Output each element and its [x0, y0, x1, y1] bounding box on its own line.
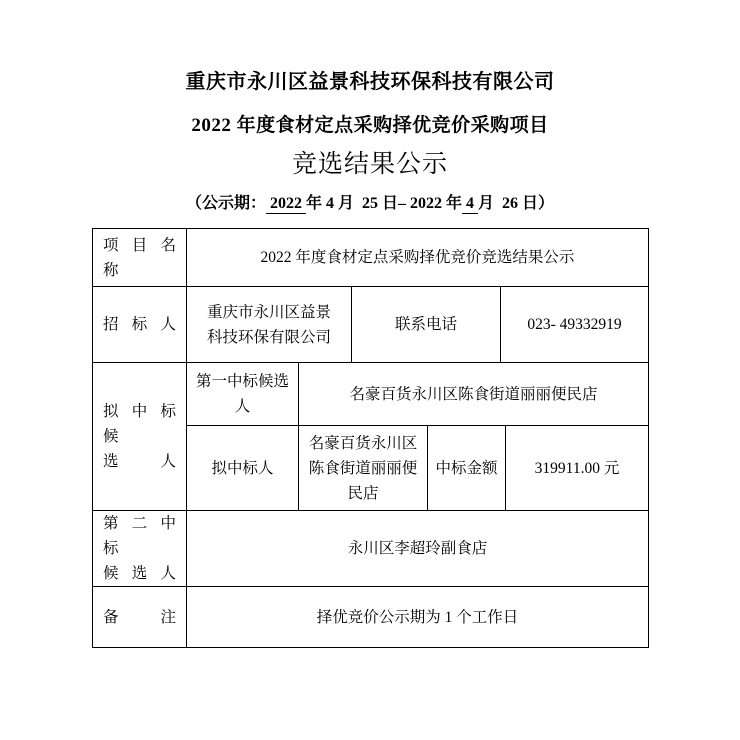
table-row-project: 项 目 名 称 2022 年度食材定点采购择优竞价竞选结果公示 — [93, 229, 648, 287]
tenderee-name-line: 科技环保有限公司 — [207, 325, 331, 350]
tenderee-name-line: 重庆市永川区益景 — [207, 300, 331, 325]
bid-amount-value-cell: 319911.00 元 — [506, 426, 648, 511]
proposed-bidder-name-cell: 名豪百货永川区 陈食街道丽丽便 民店 — [299, 426, 428, 511]
first-candidate-value: 名豪百货永川区陈食街道丽丽便民店 — [349, 382, 597, 407]
remark-value-cell: 择优竞价公示期为 1 个工作日 — [187, 587, 648, 647]
second-candidate-label-cell: 第 二 中 标 候 选 人 — [93, 511, 187, 587]
period-start-year: 2022 — [266, 195, 306, 214]
project-name-value-cell: 2022 年度食材定点采购择优竞价竞选结果公示 — [187, 229, 648, 287]
tenderee-label-cell: 招 标 人 — [93, 287, 187, 363]
second-candidate-label-line: 第 二 中 标 — [103, 511, 176, 561]
remark-value: 择优竞价公示期为 1 个工作日 — [317, 605, 519, 630]
proposed-bidder-name-line: 名豪百货永川区 — [309, 431, 418, 456]
remark-label-cell: 备 注 — [93, 587, 187, 647]
first-candidate-label: 第一中标候选人 — [193, 369, 292, 419]
project-name-label-cell: 项 目 名 称 — [93, 229, 187, 287]
table-row-remark: 备 注 择优竞价公示期为 1 个工作日 — [93, 587, 648, 647]
proposed-bidder-label: 拟中标人 — [211, 456, 273, 481]
proposed-bidder-label-cell: 拟中标人 — [187, 426, 299, 511]
bid-amount-value: 319911.00 元 — [535, 456, 620, 481]
period-end-month: 4 — [462, 195, 478, 214]
candidates-label-line: 选 人 — [103, 449, 176, 474]
candidates-label-cell: 拟 中 标 候 选 人 — [93, 363, 187, 511]
announcement-page: 重庆市永川区益景科技环保科技有限公司 2022 年度食材定点采购择优竞价采购项目… — [0, 0, 740, 740]
contact-phone-label-cell: 联系电话 — [352, 287, 501, 363]
period-middle: 年 4 月 25 日– 2022 年 — [306, 195, 462, 212]
publicity-period: （公示期： 2022 年 4 月 25 日– 2022 年 4 月 26 日） — [0, 193, 740, 214]
bid-amount-label-cell: 中标金额 — [428, 426, 506, 511]
second-candidate-value: 永川区李超玲副食店 — [348, 536, 488, 561]
project-title: 2022 年度食材定点采购择优竞价采购项目 — [0, 114, 740, 137]
tenderee-name-cell: 重庆市永川区益景 科技环保有限公司 — [187, 287, 352, 363]
document-header: 重庆市永川区益景科技环保科技有限公司 2022 年度食材定点采购择优竞价采购项目… — [0, 0, 740, 214]
bid-amount-label: 中标金额 — [435, 456, 497, 481]
proposed-bidder-name-line: 民店 — [347, 481, 378, 506]
first-candidate-value-cell: 名豪百货永川区陈食街道丽丽便民店 — [299, 363, 648, 426]
second-candidate-label-line: 候 选 人 — [103, 561, 176, 586]
contact-phone-value-cell: 023- 49332919 — [501, 287, 648, 363]
result-title: 竞选结果公示 — [0, 150, 740, 180]
contact-phone-label: 联系电话 — [395, 312, 457, 337]
tenderee-label: 招 标 人 — [103, 312, 176, 337]
project-name-value: 2022 年度食材定点采购择优竞价竞选结果公示 — [261, 245, 575, 270]
project-name-label: 项 目 名 称 — [103, 233, 176, 283]
proposed-bidder-row: 拟中标人 名豪百货永川区 陈食街道丽丽便 民店 中标金额 319911.00 元 — [187, 426, 648, 511]
remark-label: 备 注 — [103, 605, 176, 630]
first-candidate-row: 第一中标候选人 名豪百货永川区陈食街道丽丽便民店 — [187, 363, 648, 426]
second-candidate-value-cell: 永川区李超玲副食店 — [187, 511, 648, 587]
candidates-subtable: 第一中标候选人 名豪百货永川区陈食街道丽丽便民店 拟中标人 名豪百货永川区 陈食… — [187, 363, 648, 511]
results-table: 项 目 名 称 2022 年度食材定点采购择优竞价竞选结果公示 招 标 人 重庆… — [92, 228, 649, 648]
table-row-tenderee: 招 标 人 重庆市永川区益景 科技环保有限公司 联系电话 023- 493329… — [93, 287, 648, 363]
table-row-candidates: 拟 中 标 候 选 人 第一中标候选人 名豪百货永川区陈食街道丽丽便民店 拟中标… — [93, 363, 648, 511]
company-title: 重庆市永川区益景科技环保科技有限公司 — [0, 0, 740, 94]
proposed-bidder-name-line: 陈食街道丽丽便 — [309, 456, 418, 481]
contact-phone-value: 023- 49332919 — [527, 312, 621, 337]
period-suffix: 月 26 日） — [478, 195, 554, 212]
candidates-label-line: 拟 中 标 候 — [103, 399, 176, 449]
period-prefix: （公示期： — [186, 195, 266, 212]
table-row-second-candidate: 第 二 中 标 候 选 人 永川区李超玲副食店 — [93, 511, 648, 587]
first-candidate-label-cell: 第一中标候选人 — [187, 363, 299, 426]
